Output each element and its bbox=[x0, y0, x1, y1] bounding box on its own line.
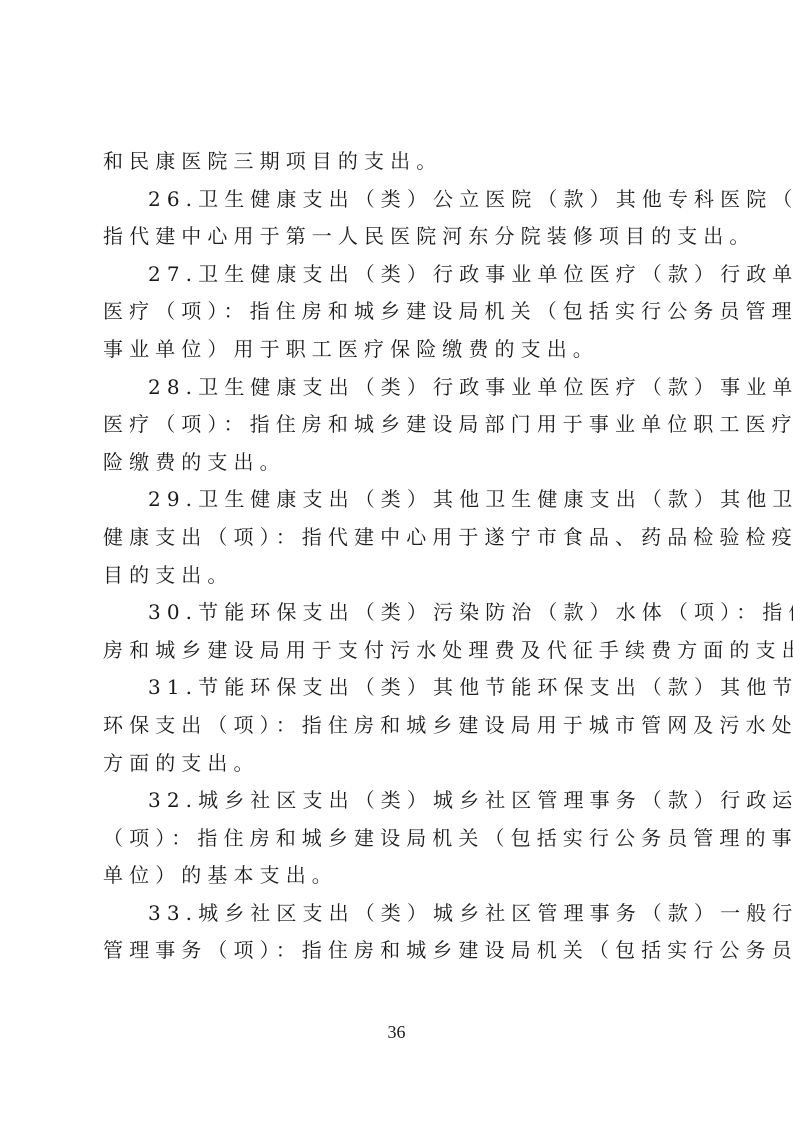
text-line: 医疗（项）：指住房和城乡建设局机关（包括实行公务员管理的 bbox=[103, 293, 691, 331]
item-29-heading-line: 29.卫生健康支出（类）其他卫生健康支出（款）其他卫生 bbox=[103, 481, 691, 519]
document-body: 和民康医院三期项目的支出。 26.卫生健康支出（类）公立医院（款）其他专科医院（… bbox=[103, 143, 691, 970]
text-line: 险缴费的支出。 bbox=[103, 444, 691, 482]
item-32-heading-line: 32.城乡社区支出（类）城乡社区管理事务（款）行政运行 bbox=[103, 782, 691, 820]
item-31-heading-line: 31.节能环保支出（类）其他节能环保支出（款）其他节能 bbox=[103, 669, 691, 707]
item-26-heading-line: 26.卫生健康支出（类）公立医院（款）其他专科医院（项）： bbox=[103, 181, 691, 219]
text-line: 健康支出（项）：指代建中心用于遂宁市食品、药品检验检疫项 bbox=[103, 519, 691, 557]
item-33-heading-line: 33.城乡社区支出（类）城乡社区管理事务（款）一般行政 bbox=[103, 895, 691, 933]
text-line: 医疗（项）：指住房和城乡建设局部门用于事业单位职工医疗保 bbox=[103, 406, 691, 444]
text-line: 方面的支出。 bbox=[103, 745, 691, 783]
text-line: 房和城乡建设局用于支付污水处理费及代征手续费方面的支出。 bbox=[103, 632, 691, 670]
page-number: 36 bbox=[0, 1022, 793, 1043]
text-line: 指代建中心用于第一人民医院河东分院装修项目的支出。 bbox=[103, 218, 691, 256]
item-27-heading-line: 27.卫生健康支出（类）行政事业单位医疗（款）行政单位 bbox=[103, 256, 691, 294]
text-line: 目的支出。 bbox=[103, 557, 691, 595]
text-line: 事业单位）用于职工医疗保险缴费的支出。 bbox=[103, 331, 691, 369]
text-line: 环保支出（项）：指住房和城乡建设局用于城市管网及污水处理 bbox=[103, 707, 691, 745]
item-28-heading-line: 28.卫生健康支出（类）行政事业单位医疗（款）事业单位 bbox=[103, 369, 691, 407]
text-line: 和民康医院三期项目的支出。 bbox=[103, 143, 691, 181]
text-line: 管理事务（项）：指住房和城乡建设局机关（包括实行公务员管 bbox=[103, 932, 691, 970]
text-line: （项）：指住房和城乡建设局机关（包括实行公务员管理的事业 bbox=[103, 820, 691, 858]
text-line: 单位）的基本支出。 bbox=[103, 857, 691, 895]
item-30-heading-line: 30.节能环保支出（类）污染防治（款）水体（项）：指住 bbox=[103, 594, 691, 632]
